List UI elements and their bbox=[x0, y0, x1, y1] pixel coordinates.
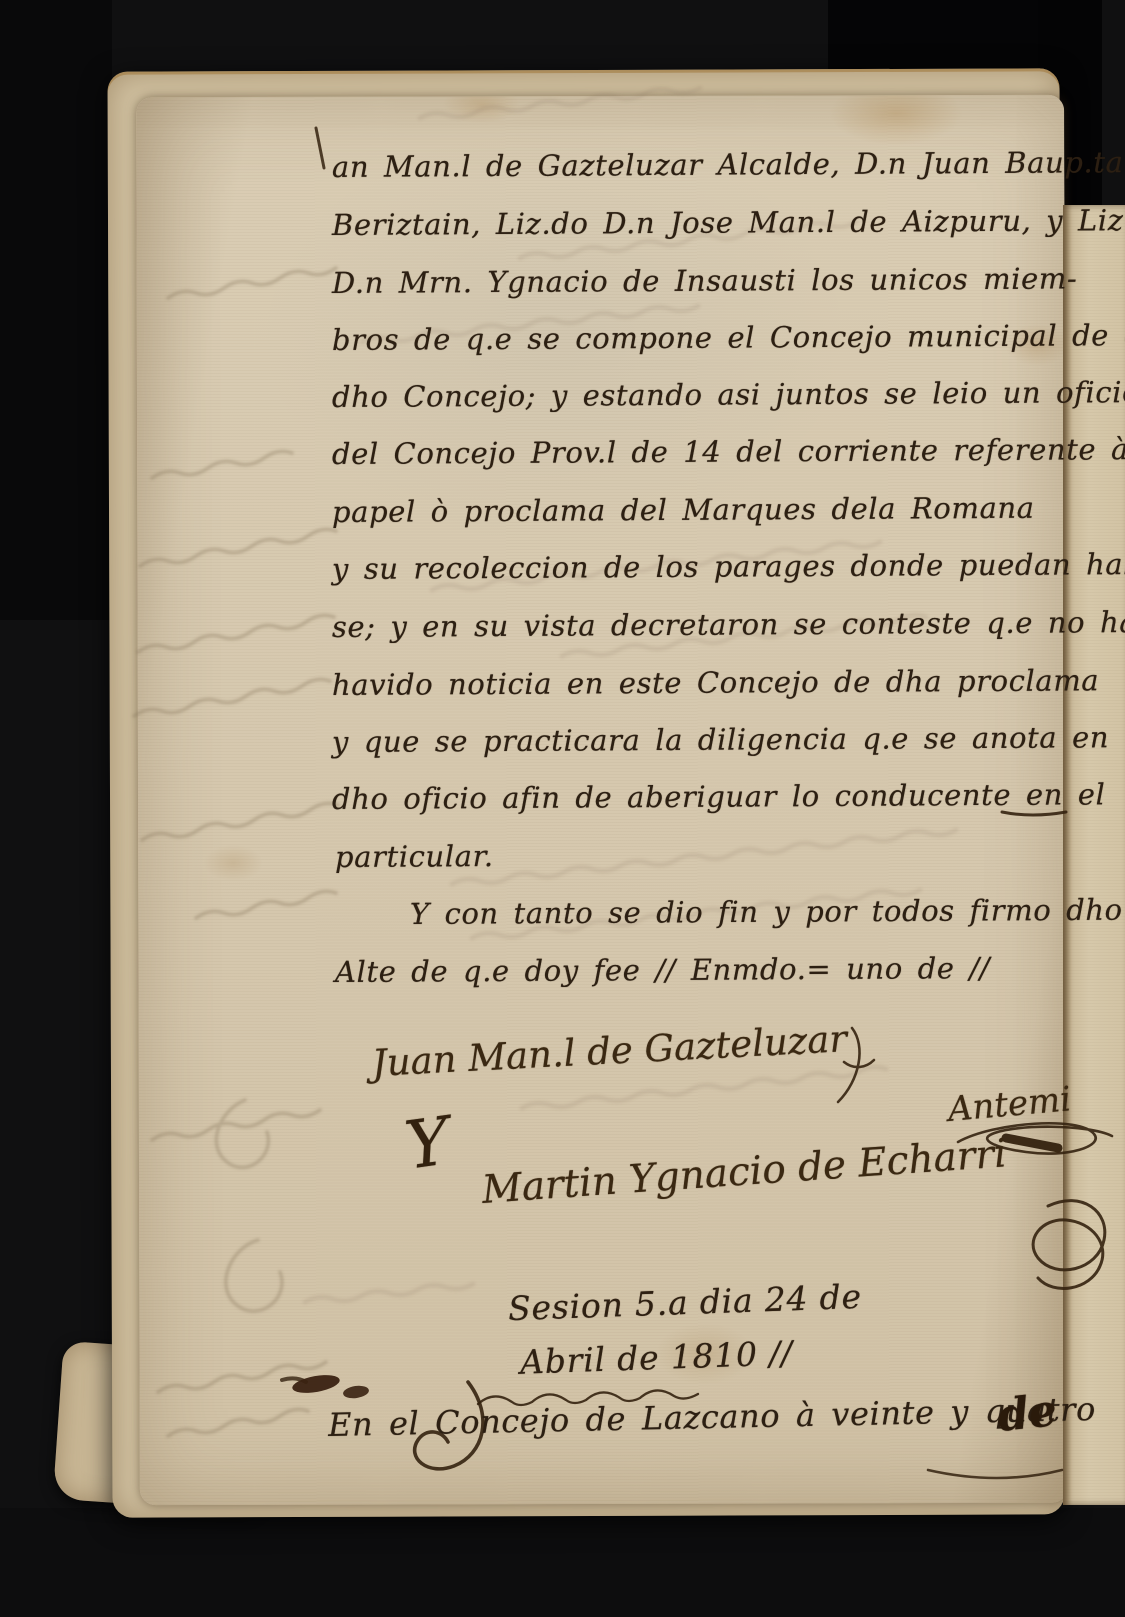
text-line: dho oficio afin de aberiguar lo conducen… bbox=[332, 777, 1106, 816]
text-line: havido noticia en este Concejo de dha pr… bbox=[332, 663, 1099, 702]
text-line: y que se practicara la diligencia q.e se… bbox=[332, 720, 1109, 759]
text-line: Y con tanto se dio fin y por todos firmo… bbox=[410, 892, 1125, 931]
text-line: papel ò proclama del Marques dela Romana bbox=[332, 491, 1035, 529]
catchword-de: de bbox=[995, 1385, 1059, 1442]
text-line: bros de q.e se compone el Concejo munici… bbox=[332, 318, 1125, 357]
background-shadow-bottom bbox=[0, 1508, 1125, 1617]
text-line: an Man.l de Gazteluzar Alcalde, D.n Juan… bbox=[332, 145, 1125, 184]
text-line: dho Concejo; y estando asi juntos se lei… bbox=[332, 375, 1125, 414]
text-line: se; y en su vista decretaron se conteste… bbox=[332, 605, 1125, 644]
text-line: Alte de q.e doy fee // Enmdo.= uno de // bbox=[335, 951, 990, 989]
background-shadow-left bbox=[0, 0, 112, 620]
text-line: D.n Mrn. Ygnacio de Insausti los unicos … bbox=[332, 261, 1078, 300]
text-line: Beriztain, Liz.do D.n Jose Man.l de Aizp… bbox=[332, 203, 1125, 242]
text-line: y su recoleccion de los parages donde pu… bbox=[332, 547, 1125, 586]
manuscript-scan: an Man.l de Gazteluzar Alcalde, D.n Juan… bbox=[0, 0, 1125, 1617]
text-line: particular. bbox=[335, 839, 494, 874]
text-line: del Concejo Prov.l de 14 del corriente r… bbox=[332, 432, 1125, 471]
